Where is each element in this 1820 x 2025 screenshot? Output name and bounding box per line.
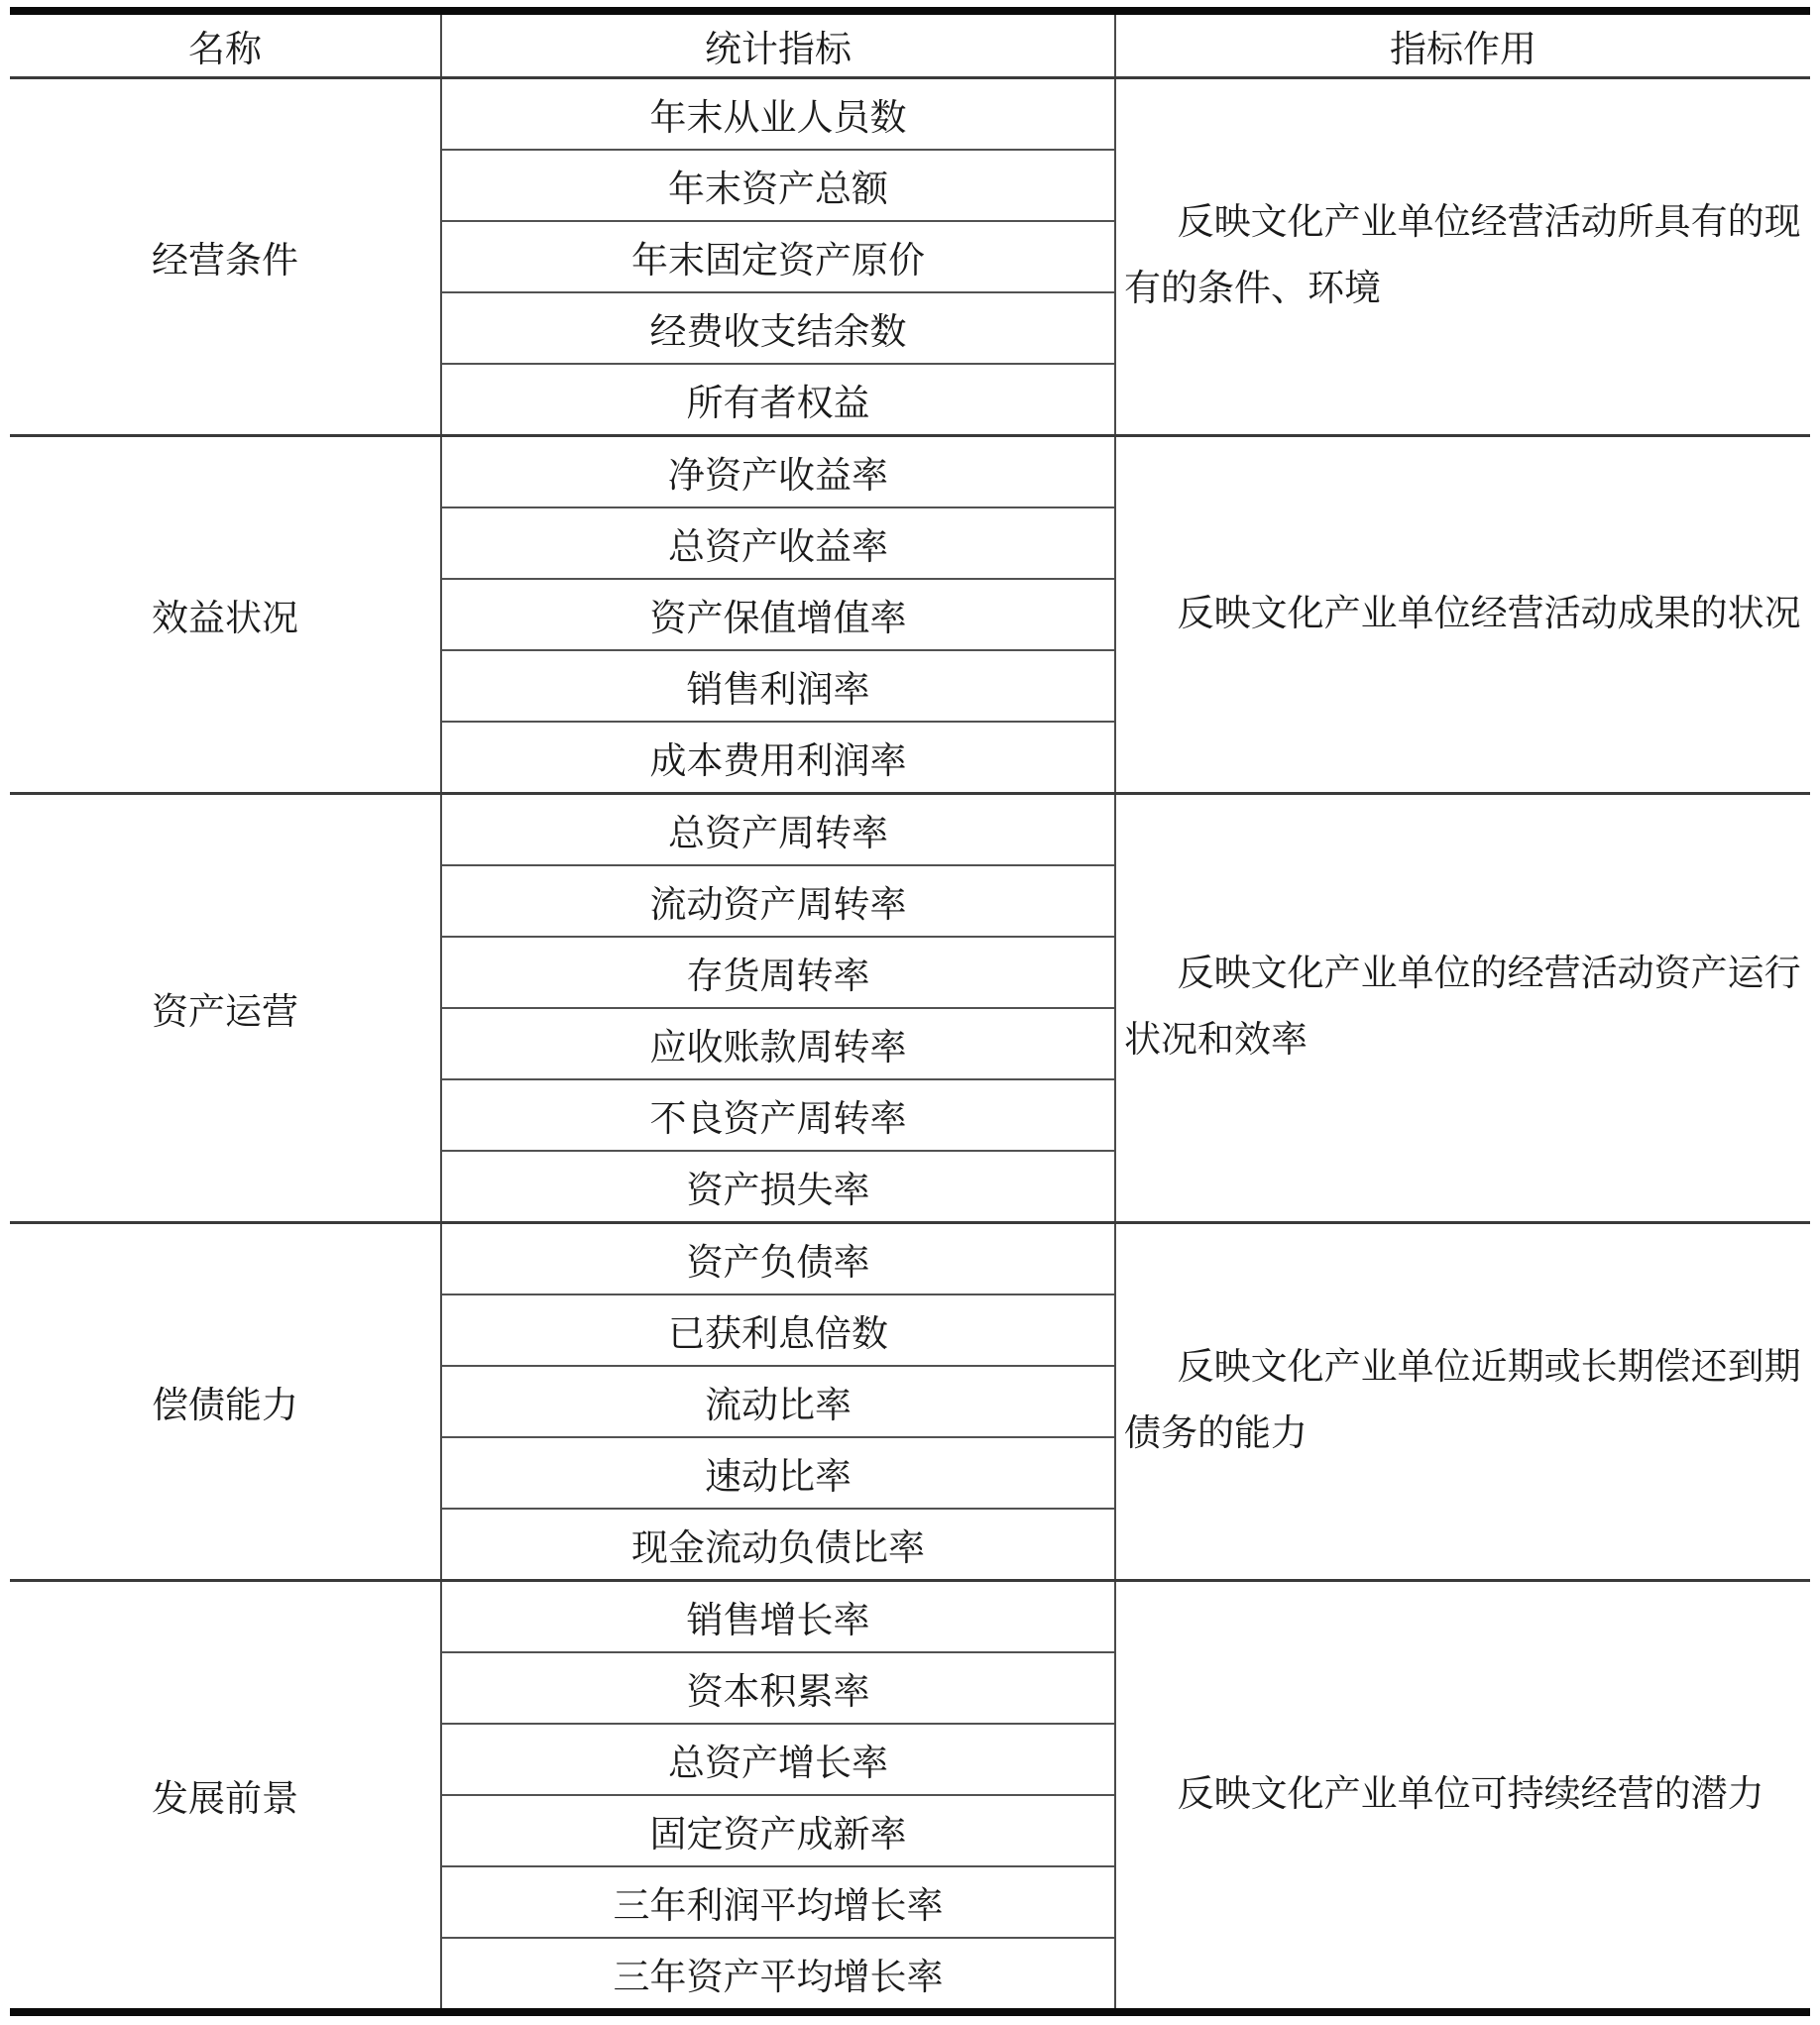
indicator-cell: 流动资产周转率	[441, 865, 1115, 937]
function-cell: 反映文化产业单位经营活动成果的状况	[1115, 436, 1810, 794]
header-cell-indicator: 统计指标	[441, 11, 1115, 78]
group-name-cell: 偿债能力	[10, 1223, 441, 1581]
function-text: 反映文化产业单位可持续经营的潜力	[1124, 1762, 1804, 1829]
table-row: 经营条件年末从业人员数反映文化产业单位经营活动所具有的现有的条件、环境	[10, 78, 1810, 151]
function-text: 反映文化产业单位经营活动成果的状况	[1124, 582, 1804, 648]
indicator-cell: 资产保值增值率	[441, 579, 1115, 650]
function-text: 反映文化产业单位经营活动所具有的现有的条件、环境	[1124, 190, 1804, 322]
indicator-cell: 所有者权益	[441, 364, 1115, 436]
indicator-cell: 经费收支结余数	[441, 292, 1115, 364]
indicator-cell: 年末从业人员数	[441, 78, 1115, 151]
indicator-cell: 资产损失率	[441, 1151, 1115, 1223]
indicator-cell: 不良资产周转率	[441, 1079, 1115, 1151]
document-page: 名称 统计指标 指标作用 经营条件年末从业人员数反映文化产业单位经营活动所具有的…	[0, 0, 1820, 2016]
function-text: 反映文化产业单位近期或长期偿还到期债务的能力	[1124, 1335, 1804, 1467]
indicator-cell: 三年利润平均增长率	[441, 1866, 1115, 1938]
indicator-cell: 速动比率	[441, 1437, 1115, 1509]
indicator-cell: 资本积累率	[441, 1652, 1115, 1724]
indicator-cell: 年末固定资产原价	[441, 221, 1115, 292]
header-cell-function: 指标作用	[1115, 11, 1810, 78]
indicator-table-body: 经营条件年末从业人员数反映文化产业单位经营活动所具有的现有的条件、环境年末资产总…	[10, 78, 1810, 2013]
table-row: 偿债能力资产负债率反映文化产业单位近期或长期偿还到期债务的能力	[10, 1223, 1810, 1295]
indicator-cell: 总资产周转率	[441, 794, 1115, 866]
function-cell: 反映文化产业单位经营活动所具有的现有的条件、环境	[1115, 78, 1810, 436]
indicator-cell: 销售利润率	[441, 650, 1115, 722]
indicator-cell: 三年资产平均增长率	[441, 1938, 1115, 2012]
group-name-cell: 资产运营	[10, 794, 441, 1223]
indicator-cell: 现金流动负债比率	[441, 1509, 1115, 1581]
indicator-cell: 成本费用利润率	[441, 722, 1115, 794]
indicator-cell: 年末资产总额	[441, 150, 1115, 221]
header-row: 名称 统计指标 指标作用	[10, 11, 1810, 78]
indicator-cell: 固定资产成新率	[441, 1795, 1115, 1866]
function-cell: 反映文化产业单位的经营活动资产运行状况和效率	[1115, 794, 1810, 1223]
indicator-cell: 流动比率	[441, 1366, 1115, 1437]
table-row: 效益状况净资产收益率反映文化产业单位经营活动成果的状况	[10, 436, 1810, 508]
function-text: 反映文化产业单位的经营活动资产运行状况和效率	[1124, 942, 1804, 1073]
indicator-cell: 存货周转率	[441, 937, 1115, 1008]
table-row: 发展前景销售增长率反映文化产业单位可持续经营的潜力	[10, 1581, 1810, 1653]
indicator-table: 名称 统计指标 指标作用 经营条件年末从业人员数反映文化产业单位经营活动所具有的…	[10, 7, 1810, 2016]
indicator-cell: 资产负债率	[441, 1223, 1115, 1295]
indicator-cell: 已获利息倍数	[441, 1294, 1115, 1366]
header-cell-name: 名称	[10, 11, 441, 78]
table-row: 资产运营总资产周转率反映文化产业单位的经营活动资产运行状况和效率	[10, 794, 1810, 866]
indicator-cell: 净资产收益率	[441, 436, 1115, 508]
group-name-cell: 效益状况	[10, 436, 441, 794]
function-cell: 反映文化产业单位近期或长期偿还到期债务的能力	[1115, 1223, 1810, 1581]
indicator-cell: 总资产收益率	[441, 507, 1115, 579]
function-cell: 反映文化产业单位可持续经营的潜力	[1115, 1581, 1810, 2013]
indicator-cell: 总资产增长率	[441, 1724, 1115, 1795]
table-header: 名称 统计指标 指标作用	[10, 11, 1810, 78]
group-name-cell: 发展前景	[10, 1581, 441, 2013]
indicator-cell: 应收账款周转率	[441, 1008, 1115, 1079]
group-name-cell: 经营条件	[10, 78, 441, 436]
indicator-cell: 销售增长率	[441, 1581, 1115, 1653]
